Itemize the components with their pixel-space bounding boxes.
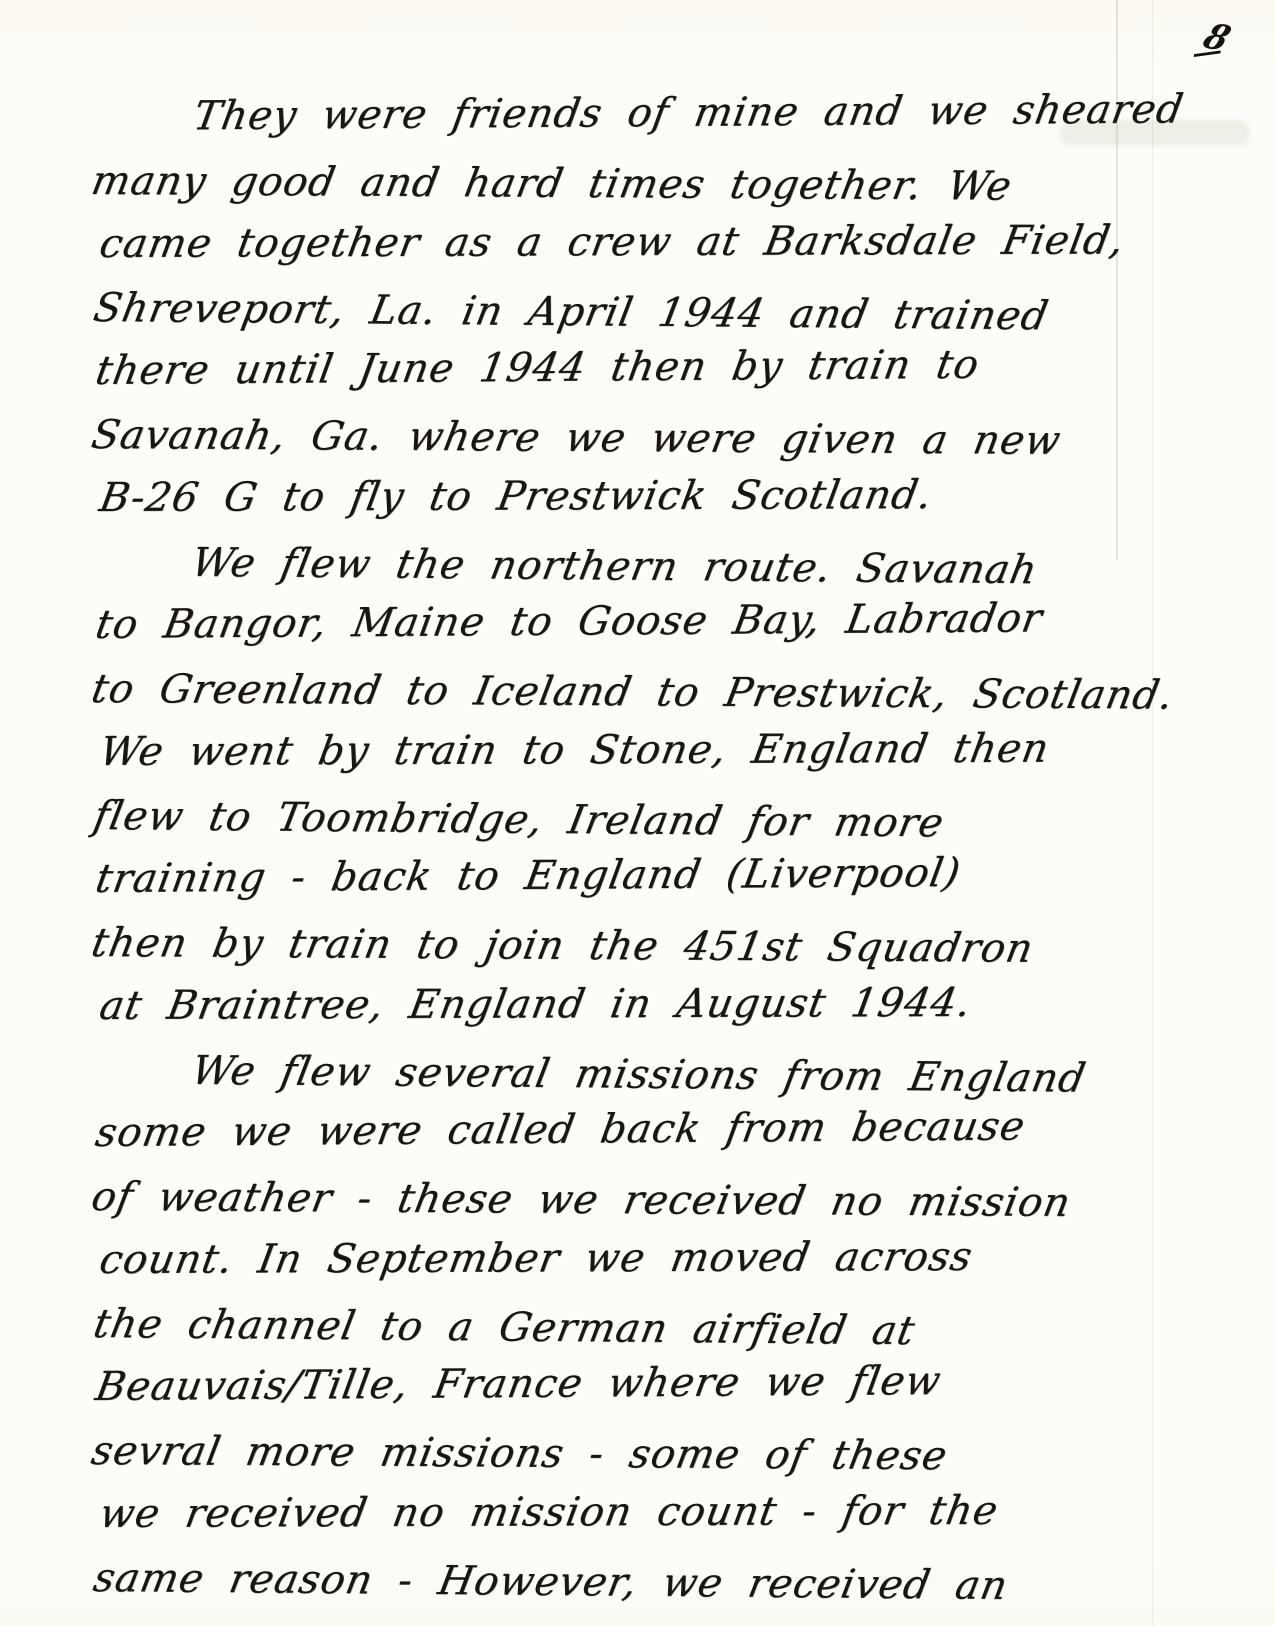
handwritten-line: They were friends of mine and we sheared (96, 78, 1212, 149)
line-text: at Braintree, England in August 1944. (95, 972, 977, 1039)
handwritten-line: at Braintree, England in August 1944. (100, 971, 1212, 1038)
scanned-letter-page: 8 They were friends of mine and we shear… (0, 0, 1275, 1626)
handwritten-line: came together as a crew at Barksdale Fie… (100, 209, 1212, 276)
line-text: same reason - However, we received an (88, 1547, 1013, 1618)
line-text: came together as a crew at Barksdale Fie… (95, 209, 1130, 276)
handwritten-line: Beauvais/Tille, France where we flew (96, 1348, 1212, 1419)
line-text: B-26 G to fly to Prestwick Scotland. (95, 464, 938, 530)
handwritten-line: same reason - However, we received an (94, 1547, 1213, 1620)
handwritten-line: some we were called back from because (96, 1094, 1212, 1165)
page-number: 8 (1198, 16, 1237, 60)
line-text: We went by train to Stone, England then (95, 718, 1055, 785)
handwritten-line: training - back to England (Liverpool) (96, 840, 1212, 911)
line-text: many good and hard times together. We (86, 150, 1017, 219)
handwritten-line: count. In September we moved across (100, 1225, 1212, 1292)
line-text: there until June 1944 then by train to (91, 334, 984, 404)
line-text: They were friends of mine and we sheared (189, 78, 1189, 148)
line-text: sevral more missions - some of these (86, 1420, 952, 1489)
line-text: some we were called back from because (91, 1095, 1030, 1165)
line-text: of weather - these we received no missio… (86, 1166, 1076, 1235)
line-text: Savanah, Ga. where we were given a new (86, 404, 1066, 473)
line-text: Beauvais/Tille, France where we flew (91, 1350, 946, 1419)
line-text: we received no mission count - for the (95, 1480, 1004, 1547)
handwritten-line: We went by train to Stone, England then (100, 717, 1212, 784)
handwritten-line: to Bangor, Maine to Goose Bay, Labrador (96, 586, 1212, 657)
handwritten-line: B-26 G to fly to Prestwick Scotland. (100, 463, 1212, 530)
line-text: then by train to join the 451st Squadron (86, 912, 1038, 981)
handwritten-line: we received no mission count - for the (100, 1479, 1212, 1546)
line-text: training - back to England (Liverpool) (91, 842, 966, 912)
line-text: count. In September we moved across (95, 1226, 978, 1293)
line-text: to Bangor, Maine to Goose Bay, Labrador (91, 587, 1048, 657)
handwritten-text-block: They were friends of mine and we sheared… (92, 86, 1212, 1610)
handwritten-line: there until June 1944 then by train to (96, 332, 1212, 403)
